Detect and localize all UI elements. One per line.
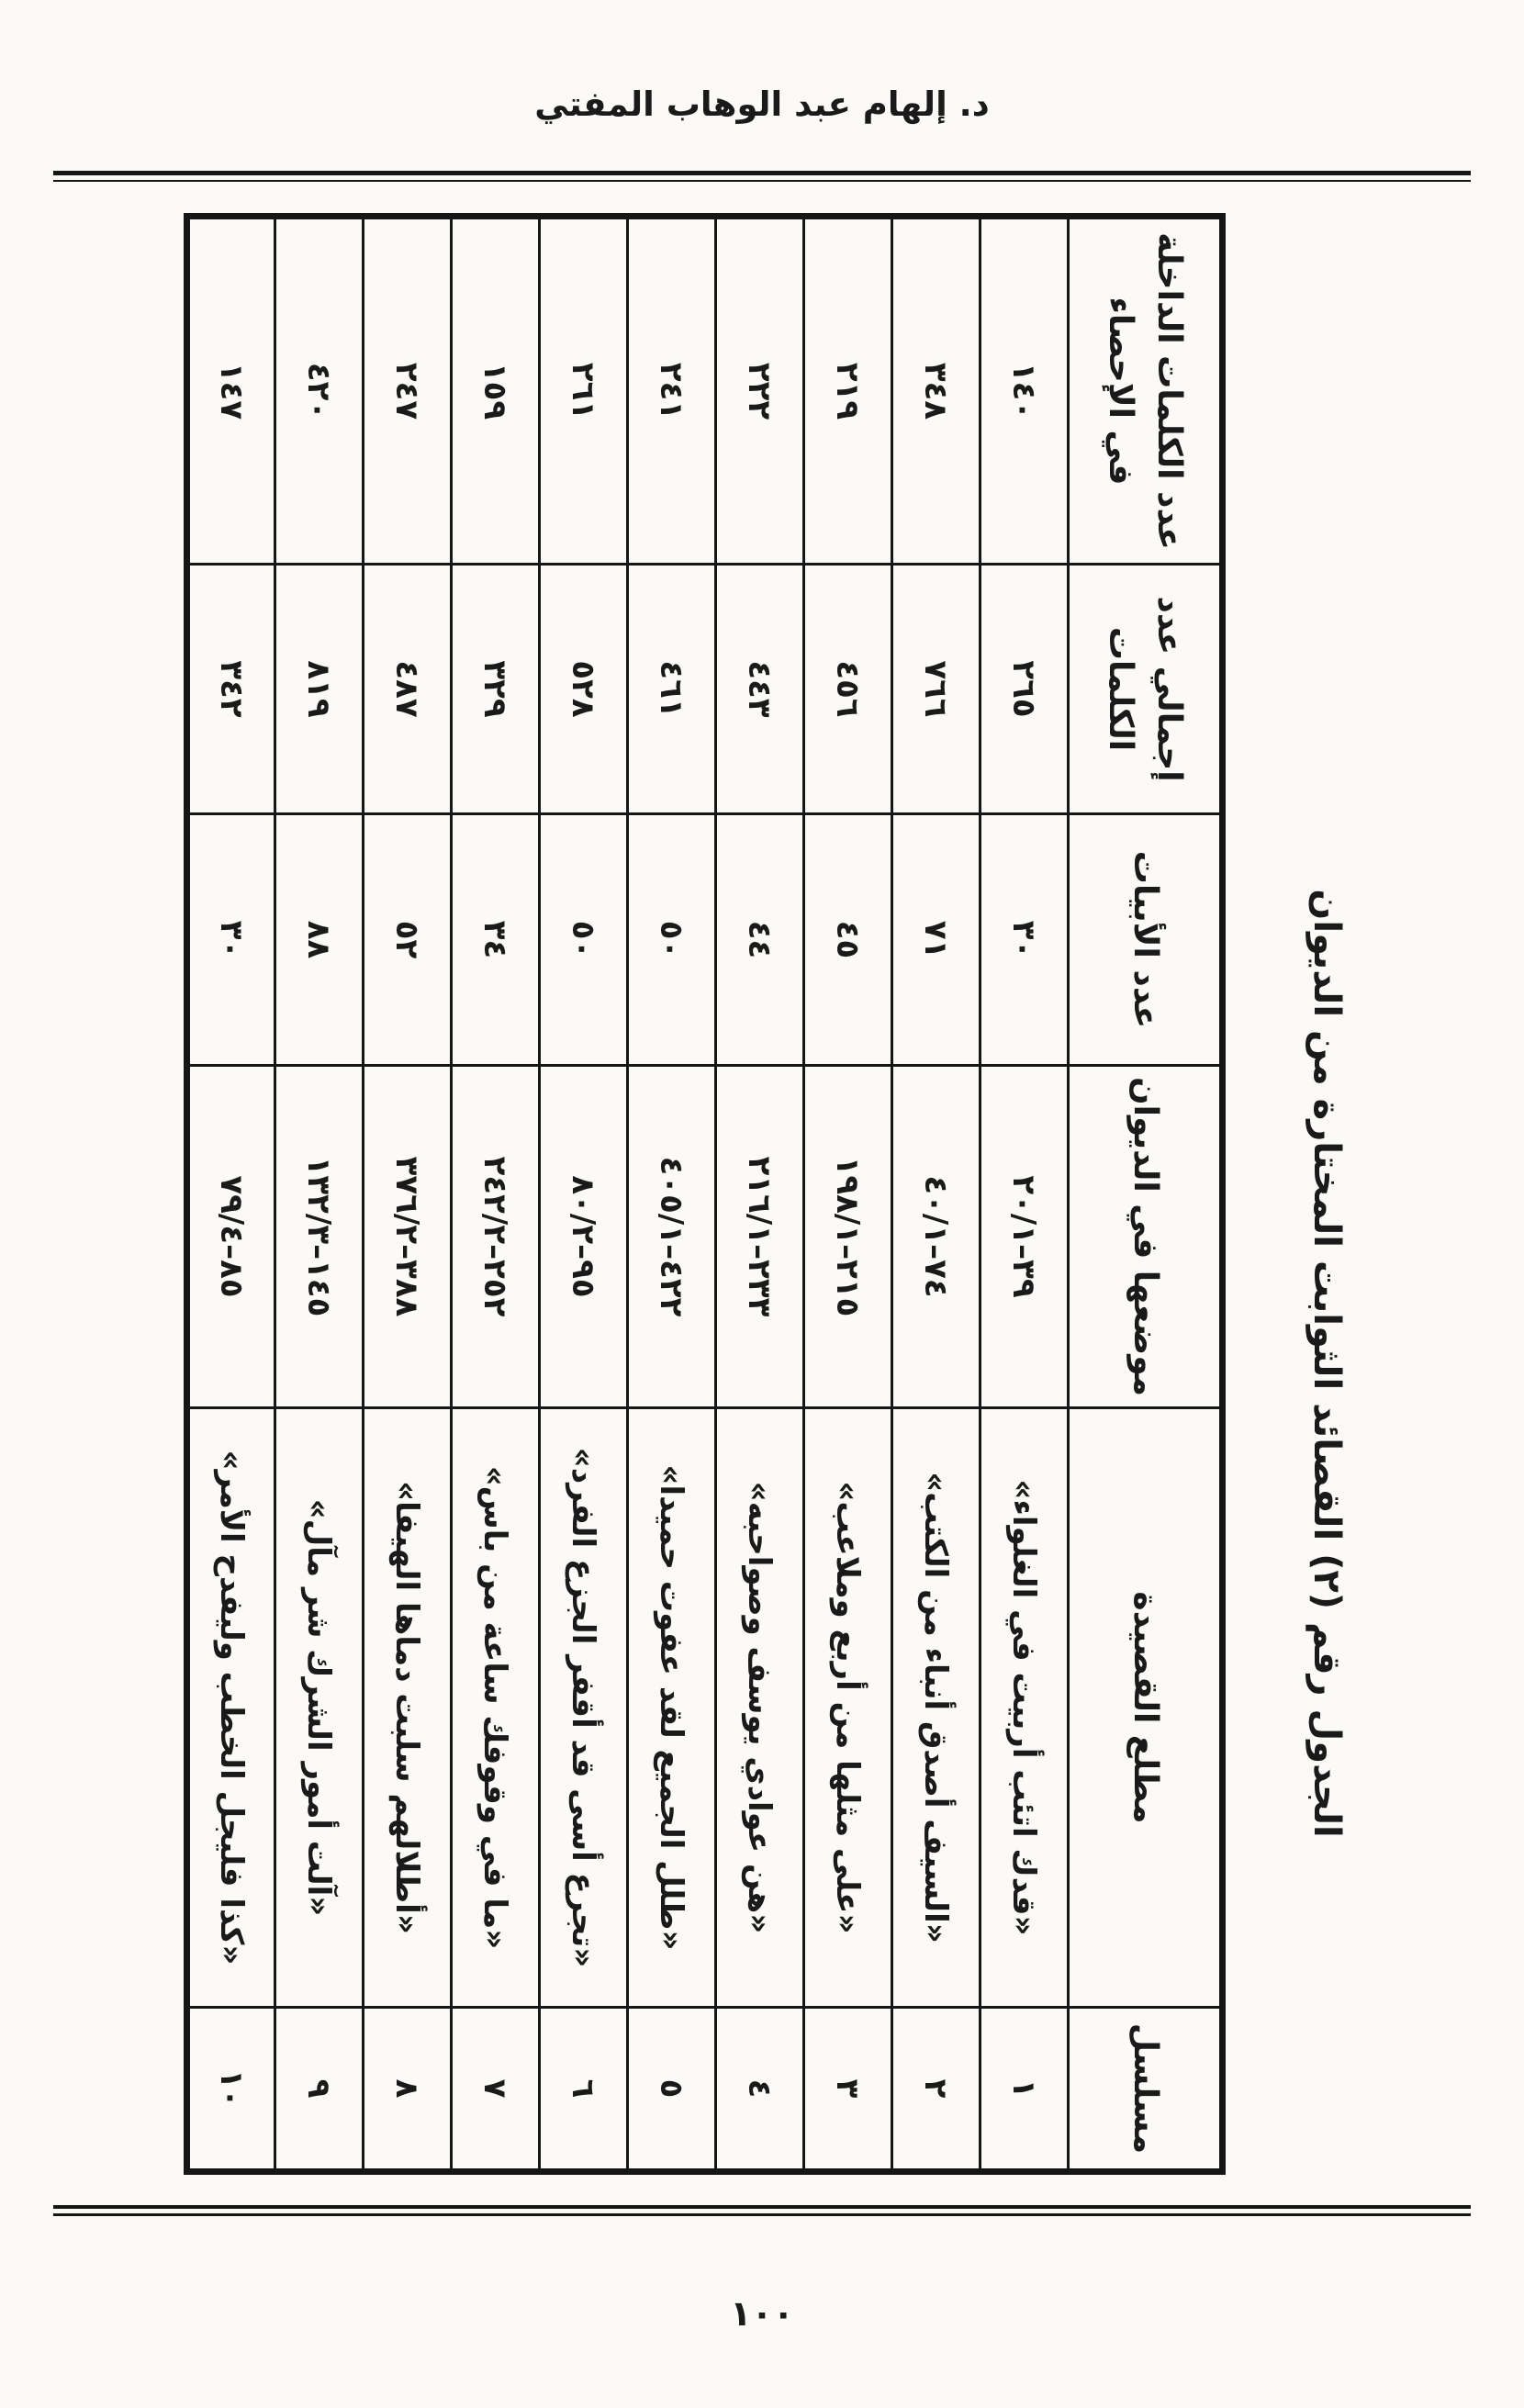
cell-opening: «قدك اتئب أربيت في الغلواء» — [981, 1408, 1069, 2008]
cell-counted-words: ١٥٩ — [452, 217, 540, 565]
table-row: ٩ «آلت أمور الشرك شر مآل» ١٤٥–١٣٢/٣ ٨٨ ٨… — [275, 217, 364, 2172]
cell-total-words: ٣٤٢ — [187, 565, 275, 814]
cell-total-words: ٧٦٦ — [892, 565, 981, 814]
cell-serial: ٥ — [628, 2008, 716, 2172]
cell-serial: ٤ — [716, 2008, 804, 2172]
page-number: ١٠٠ — [0, 2293, 1524, 2334]
cell-opening: «هن عوادي يوسف وصواحبه» — [716, 1408, 804, 2008]
cell-opening: «ما في وقوفك ساعة من باس» — [452, 1408, 540, 2008]
cell-verses: ٣٠ — [187, 814, 275, 1066]
header-position: موضعها في الديوان — [1069, 1066, 1223, 1408]
table-row: ٤ «هن عوادي يوسف وصواحبه» ٢٣٣–٢١٦/١ ٤٤ ٤… — [716, 217, 804, 2172]
cell-total-words: ٤٤٣ — [716, 565, 804, 814]
table-header-row: مسلسل مطلع القصيدة موضعها في الديوان عدد… — [1069, 217, 1223, 2172]
cell-opening: «كذا فليجل الخطب وليفدح الأمر» — [187, 1408, 275, 2008]
table-row: ٢ «السيف أصدق أنباء من الكتب» ٧٤–٤٠/١ ٧١… — [892, 217, 981, 2172]
cell-opening: «آلت أمور الشرك شر مآل» — [275, 1408, 364, 2008]
poems-statistics-table: مسلسل مطلع القصيدة موضعها في الديوان عدد… — [184, 213, 1226, 2175]
header-total-words: إجمالي عدد الكلمات — [1069, 565, 1223, 814]
cell-serial: ٨ — [364, 2008, 452, 2172]
header-divider-rule — [53, 171, 1471, 182]
cell-opening: «السيف أصدق أنباء من الكتب» — [892, 1408, 981, 2008]
cell-total-words: ٨١٩ — [275, 565, 364, 814]
cell-total-words: ٢٦٥ — [981, 565, 1069, 814]
footer-divider-rule — [53, 2205, 1471, 2216]
cell-position: ٢٥٢–٢٤٢/٢ — [452, 1066, 540, 1408]
cell-serial: ٦ — [540, 2008, 628, 2172]
header-counted-words: عدد الكلمات الداخلة في الإحصاء — [1069, 217, 1223, 565]
cell-serial: ٧ — [452, 2008, 540, 2172]
table-row: ٨ «أطلالهم سلبت دماها الهيفا» ٣٨٨–٣٧٦/٢ … — [364, 217, 452, 2172]
cell-verses: ٣٤ — [452, 814, 540, 1066]
cell-verses: ٤٤ — [716, 814, 804, 1066]
cell-opening: «طلل الجميع لقد عفوت حميدا» — [628, 1408, 716, 2008]
header-serial: مسلسل — [1069, 2008, 1223, 2172]
cell-position: ٧٤–٤٠/١ — [892, 1066, 981, 1408]
cell-counted-words: ٢١٩ — [804, 217, 892, 565]
scanned-document-page: د. إلهام عبد الوهاب المفتي مسلسل مطلع ال… — [0, 0, 1524, 2408]
cell-counted-words: ١٤٠ — [981, 217, 1069, 565]
cell-position: ٣٨٨–٣٧٦/٢ — [364, 1066, 452, 1408]
cell-position: ٨٥–٧٩/٤ — [187, 1066, 275, 1408]
cell-counted-words: ٢٢٢ — [716, 217, 804, 565]
cell-verses: ٥٠ — [628, 814, 716, 1066]
cell-verses: ٣٠ — [981, 814, 1069, 1066]
cell-counted-words: ٣٤٨ — [892, 217, 981, 565]
cell-position: ٣٩–٢٠/١ — [981, 1066, 1069, 1408]
header-opening: مطلع القصيدة — [1069, 1408, 1223, 2008]
cell-position: ٢٣٣–٢١٦/١ — [716, 1066, 804, 1408]
cell-counted-words: ٢٤٧ — [364, 217, 452, 565]
cell-serial: ١ — [981, 2008, 1069, 2172]
cell-serial: ٣ — [804, 2008, 892, 2172]
cell-verses: ٤٥ — [804, 814, 892, 1066]
cell-total-words: ٤٦١ — [628, 565, 716, 814]
cell-total-words: ٥٢٨ — [540, 565, 628, 814]
cell-counted-words: ٤٢٠ — [275, 217, 364, 565]
cell-opening: «على مثلها من أربع وملاعب» — [804, 1408, 892, 2008]
cell-position: ١٤٥–١٣٢/٣ — [275, 1066, 364, 1408]
rotated-statistics-table-wrapper: مسلسل مطلع القصيدة موضعها في الديوان عدد… — [190, 213, 1226, 2168]
cell-serial: ٩ — [275, 2008, 364, 2172]
table-row: ٧ «ما في وقوفك ساعة من باس» ٢٥٢–٢٤٢/٢ ٣٤… — [452, 217, 540, 2172]
cell-verses: ٥٠ — [540, 814, 628, 1066]
cell-counted-words: ٢٦١ — [540, 217, 628, 565]
cell-total-words: ٤٥٦ — [804, 565, 892, 814]
cell-verses: ٥٢ — [364, 814, 452, 1066]
table-row: ٣ «على مثلها من أربع وملاعب» ٢١٥–١٩٨/١ ٤… — [804, 217, 892, 2172]
table-row: ١ «قدك اتئب أربيت في الغلواء» ٣٩–٢٠/١ ٣٠… — [981, 217, 1069, 2172]
cell-position: ٩٥–٨٠/٢ — [540, 1066, 628, 1408]
author-header: د. إلهام عبد الوهاب المفتي — [0, 84, 1524, 124]
cell-opening: «تجرع أسى قد أقفر الجزع الفرد» — [540, 1408, 628, 2008]
header-verses: عدد الأبيات — [1069, 814, 1223, 1066]
cell-total-words: ٣٢٩ — [452, 565, 540, 814]
cell-opening: «أطلالهم سلبت دماها الهيفا» — [364, 1408, 452, 2008]
cell-verses: ٧١ — [892, 814, 981, 1066]
table-row: ٥ «طلل الجميع لقد عفوت حميدا» ٤٢٢–٤٠٥/١ … — [628, 217, 716, 2172]
cell-serial: ١٠ — [187, 2008, 275, 2172]
cell-verses: ٨٨ — [275, 814, 364, 1066]
cell-counted-words: ٢٤١ — [628, 217, 716, 565]
cell-position: ٢١٥–١٩٨/١ — [804, 1066, 892, 1408]
cell-serial: ٢ — [892, 2008, 981, 2172]
cell-position: ٤٢٢–٤٠٥/١ — [628, 1066, 716, 1408]
table-row: ١٠ «كذا فليجل الخطب وليفدح الأمر» ٨٥–٧٩/… — [187, 217, 275, 2172]
cell-counted-words: ١٤٧ — [187, 217, 275, 565]
table-row: ٦ «تجرع أسى قد أقفر الجزع الفرد» ٩٥–٨٠/٢… — [540, 217, 628, 2172]
cell-total-words: ٤٨٧ — [364, 565, 452, 814]
table-caption: الجدول رقم (٢) القصائد الثوابت المختارة … — [1276, 817, 1377, 1910]
